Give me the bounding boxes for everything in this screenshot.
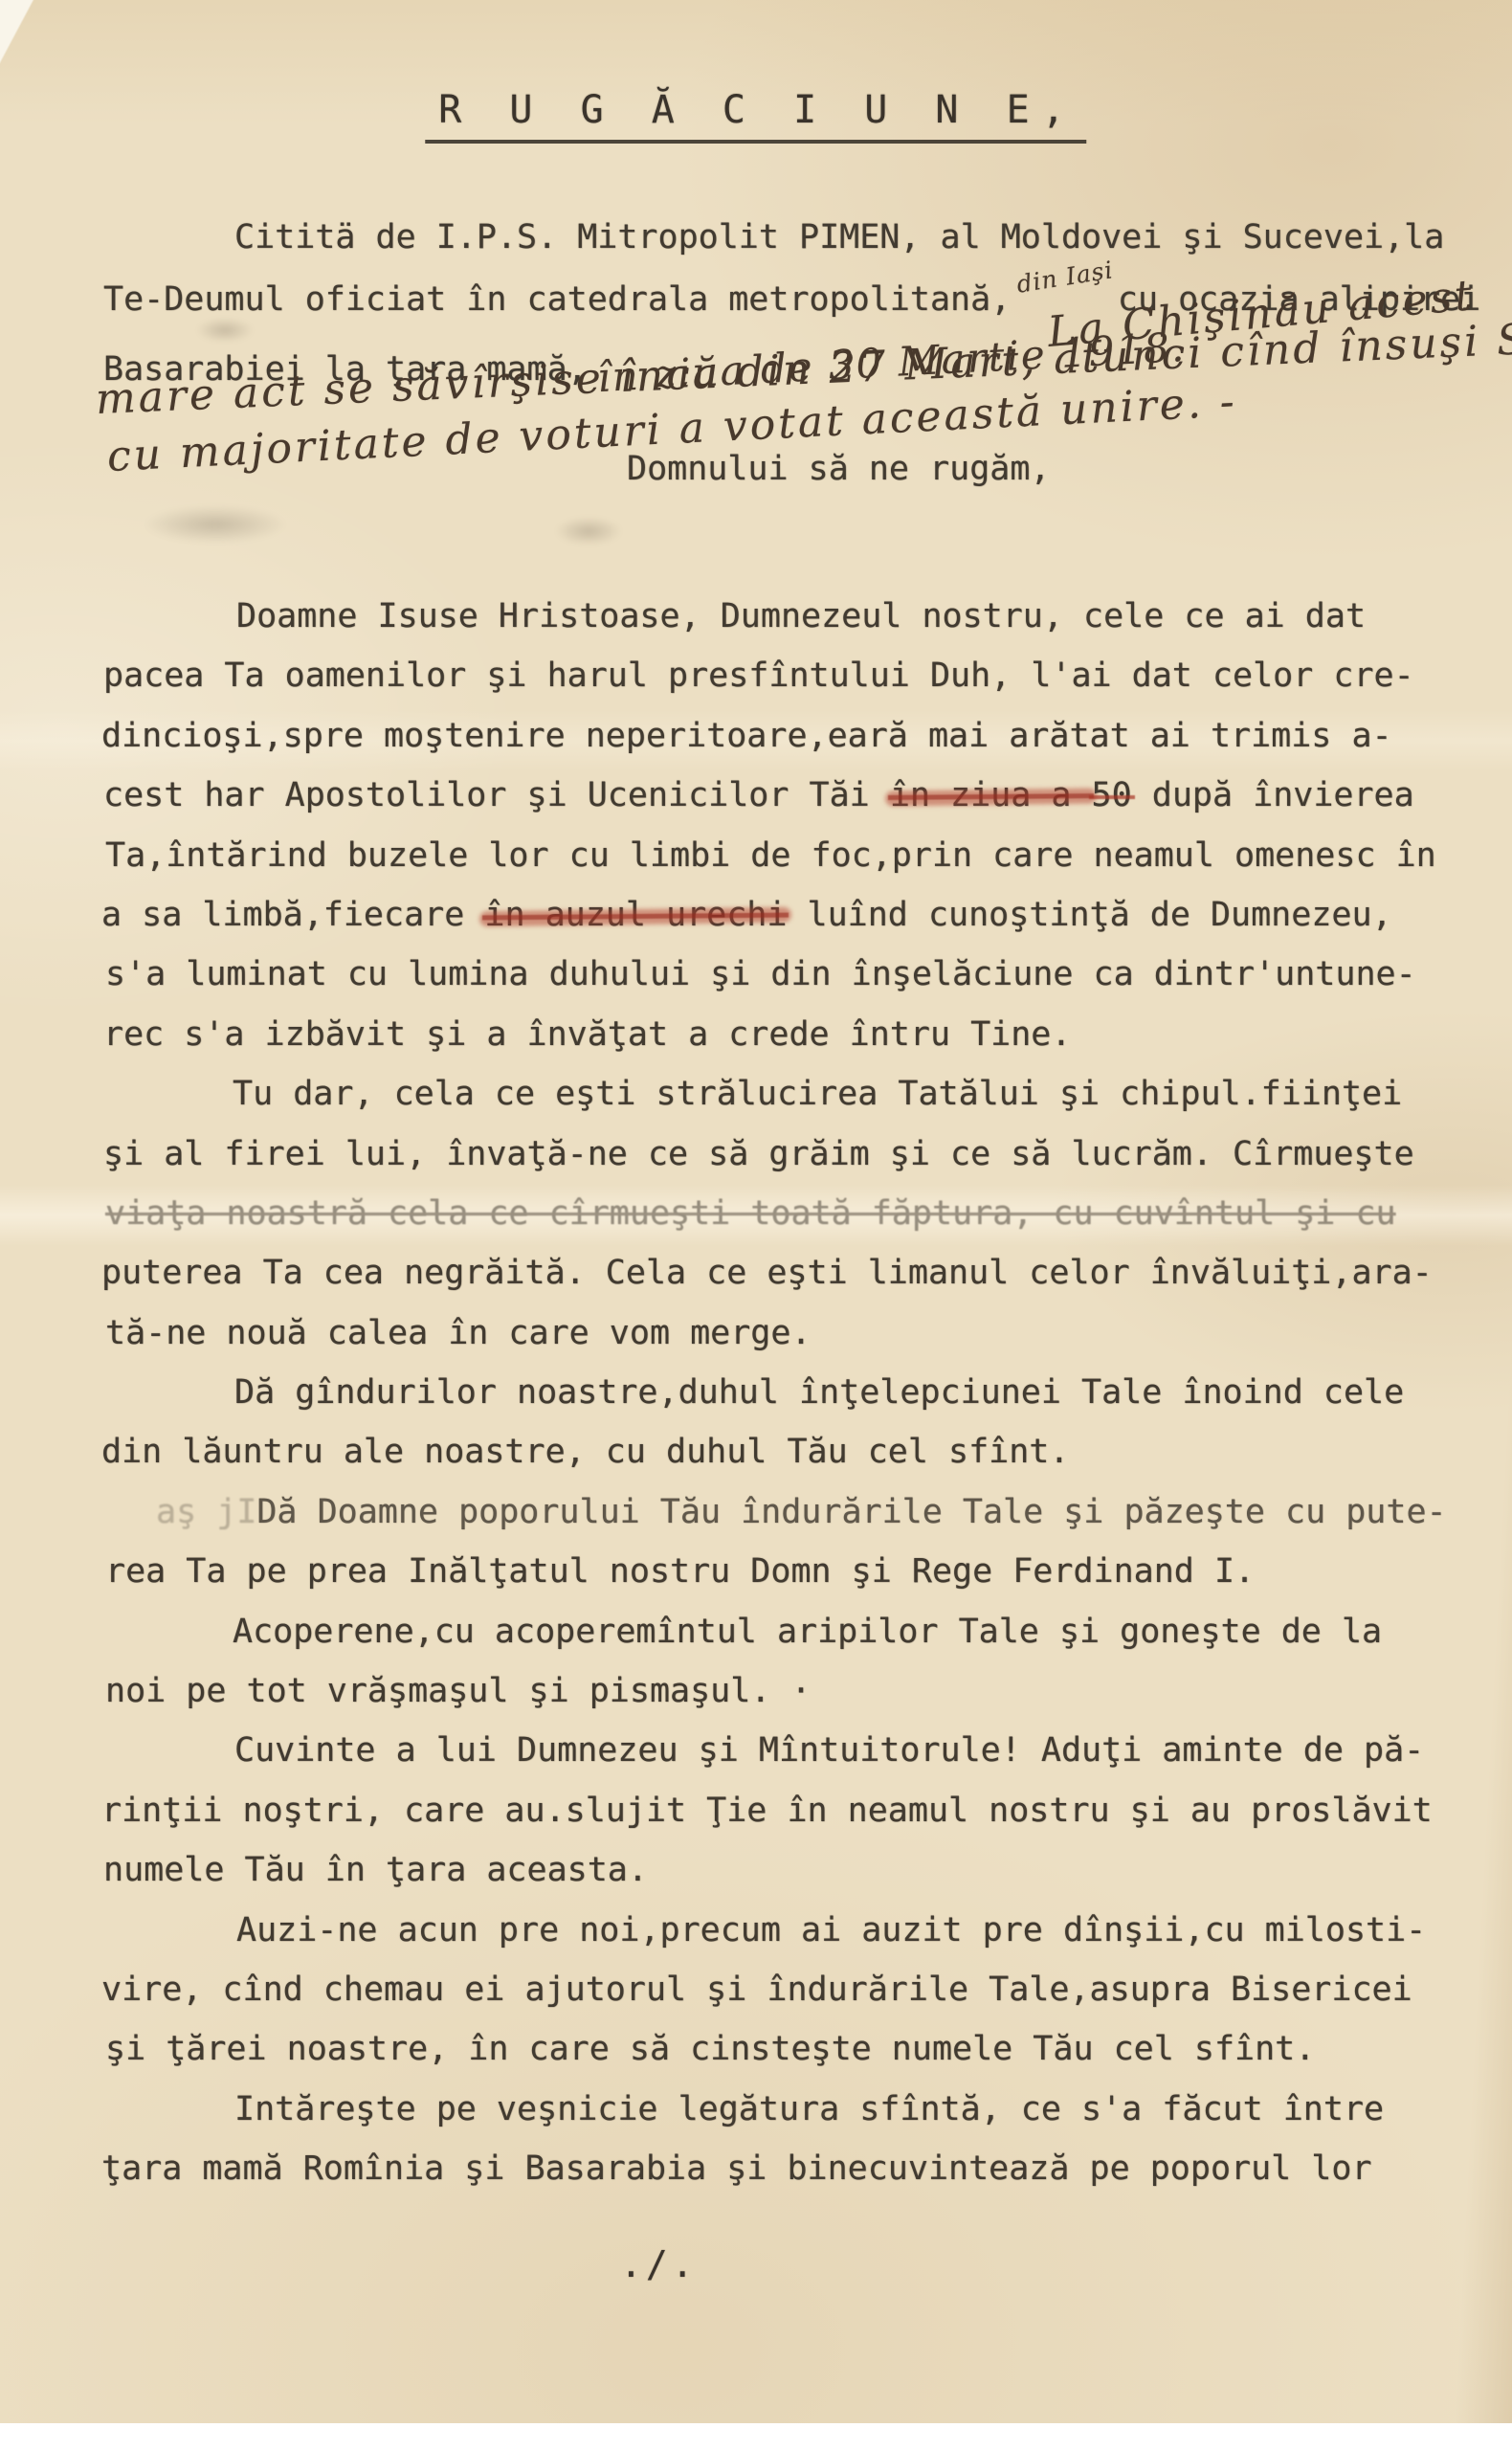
typed-text: Intăreşte pe veşnicie legătura sfîntă, c… xyxy=(234,2090,1384,2128)
body-line: puterea Ta cea negrăită. Cela ce eşti li… xyxy=(101,1243,1460,1303)
typed-text: rea Ta pe prea Inălţatul nostru Domn şi … xyxy=(105,1552,1255,1591)
body-line: Doamne Isuse Hristoase, Dumnezeul nostru… xyxy=(105,587,1464,646)
typed-text: dincioşi,spre moştenire neperitoare,eară… xyxy=(101,717,1392,755)
body-line: dincioşi,spre moştenire neperitoare,eară… xyxy=(101,706,1460,766)
body-line: noi pe tot vrăşmaşul şi pismaşul. · xyxy=(105,1661,1464,1721)
typed-text: tă-ne nouă calea în care vom merge. xyxy=(105,1314,812,1352)
typed-text: luînd cunoştinţă de Dumnezeu, xyxy=(787,896,1391,934)
typed-text: Ta,întărind buzele lor cu limbi de foc,p… xyxy=(105,836,1436,875)
typed-text: puterea Ta cea negrăită. Cela ce eşti li… xyxy=(101,1254,1433,1292)
page-continuation-mark: ./. xyxy=(620,2243,698,2285)
call-to-prayer: Domnului să ne rugăm, xyxy=(627,450,1051,488)
typed-text: noi pe tot vrăşmaşul şi pismaşul. · xyxy=(105,1672,812,1710)
typed-text: după învierea xyxy=(1132,776,1414,814)
body-line: tă-ne nouă calea în care vom merge. xyxy=(105,1303,1464,1363)
body-line: din lăuntru ale noastre, cu duhul Tău ce… xyxy=(101,1422,1460,1481)
paper-corner-fold xyxy=(0,0,105,182)
typed-text: din lăuntru ale noastre, cu duhul Tău ce… xyxy=(101,1433,1069,1471)
typed-text: cest har Apostolilor şi Ucenicilor Tăi xyxy=(103,776,890,814)
body-line: cest har Apostolilor şi Ucenicilor Tăi î… xyxy=(103,766,1462,825)
body-line: rinţii noştri, care au.slujit Ţie în nea… xyxy=(101,1781,1460,1840)
typed-text: rec s'a izbăvit şi a învăţat a crede înt… xyxy=(103,1015,1071,1054)
body-line: numele Tău în ţara aceasta. xyxy=(103,1840,1462,1900)
body-line: Cuvinte a lui Dumnezeu şi Mîntuitorule! … xyxy=(103,1721,1462,1780)
typed-text: Cuvinte a lui Dumnezeu şi Mîntuitorule! … xyxy=(234,1731,1424,1770)
typed-text: Dă Doamne poporului Tău îndurările Tale … xyxy=(256,1493,1446,1531)
body-line: aş jIDă Doamne poporului Tău îndurările … xyxy=(103,1482,1462,1542)
typed-text: vire, cînd chemau ei ajutorul şi îndurăr… xyxy=(101,1971,1412,2009)
document-page: R U G Ă C I U N E, Cititä de I.P.S. Mitr… xyxy=(0,0,1512,2450)
intro-line-2-typed: Te-Deumul oficiat în catedrala metropoli… xyxy=(103,280,1011,319)
ink-smudge xyxy=(144,505,287,544)
body-line: rec s'a izbăvit şi a învăţat a crede înt… xyxy=(103,1005,1462,1064)
body-line: Auzi-ne acun pre noi,precum ai auzit pre… xyxy=(105,1901,1464,1960)
red-line-text: 50 xyxy=(1092,776,1132,814)
body-line: Dă gîndurilor noastre,duhul înţelepciune… xyxy=(103,1363,1462,1422)
body-line: viaţa noastră cela ce cîrmueşti toată fă… xyxy=(105,1184,1464,1243)
body-line: şi ţărei noastre, în care să cinsteşte n… xyxy=(105,2019,1464,2079)
body-line: vire, cînd chemau ei ajutorul şi îndurăr… xyxy=(101,1960,1460,2019)
document-title: R U G Ă C I U N E, xyxy=(425,88,1086,144)
typed-text: şi ţărei noastre, în care să cinsteşte n… xyxy=(105,2030,1315,2068)
typed-text: Tu dar, cela ce eşti strălucirea Tatălui… xyxy=(233,1075,1402,1113)
typed-text: a sa limbă,fiecare xyxy=(101,896,484,934)
body-lines: Doamne Isuse Hristoase, Dumnezeul nostru… xyxy=(103,587,1462,2199)
body-line: s'a luminat cu lumina duhului şi din înş… xyxy=(105,945,1464,1004)
red-smear-text: în auzul urechi xyxy=(484,896,787,934)
ghost-text: aş jI xyxy=(156,1493,256,1531)
body-line: a sa limbă,fiecare în auzul urechi luînd… xyxy=(101,885,1460,945)
typed-text: Acoperene,cu acoperemîntul aripilor Tale… xyxy=(233,1613,1382,1651)
body-line: rea Ta pe prea Inălţatul nostru Domn şi … xyxy=(105,1542,1464,1601)
typed-text: ţara mamă Romînia şi Basarabia şi binecu… xyxy=(101,2149,1372,2188)
ink-smudge xyxy=(555,517,622,546)
typed-text: numele Tău în ţara aceasta. xyxy=(103,1851,648,1889)
typed-text: Auzi-ne acun pre noi,precum ai auzit pre… xyxy=(236,1911,1426,1949)
typed-text: Dă gîndurilor noastre,duhul înţelepciune… xyxy=(234,1373,1404,1412)
typed-text: s'a luminat cu lumina duhului şi din înş… xyxy=(105,955,1416,993)
body-line: Ta,întărind buzele lor cu limbi de foc,p… xyxy=(105,826,1464,885)
body-line: pacea Ta oamenilor şi harul presfîntului… xyxy=(103,646,1462,705)
typed-text: rinţii noştri, care au.slujit Ţie în nea… xyxy=(101,1792,1433,1830)
body-line: Tu dar, cela ce eşti strălucirea Tatălui… xyxy=(101,1064,1460,1124)
ink-smudge xyxy=(196,318,254,343)
body-line: ţara mamă Romînia şi Basarabia şi binecu… xyxy=(101,2139,1460,2198)
body-line: şi al firei lui, învaţă-ne ce să grăim ş… xyxy=(103,1125,1462,1184)
handwritten-insert-din-iasi: din Iaşi xyxy=(1015,256,1116,299)
typed-text: Doamne Isuse Hristoase, Dumnezeul nostru… xyxy=(236,597,1366,635)
red-smear-text: în ziua a xyxy=(890,776,1092,814)
intro-line-1: Cititä de I.P.S. Mitropolit PIMEN, al Mo… xyxy=(234,218,1444,256)
body-line: Intăreşte pe veşnicie legătura sfîntă, c… xyxy=(103,2080,1462,2139)
pencil-text: viaţa noastră cela ce cîrmueşti toată fă… xyxy=(105,1194,1396,1233)
body-line: Acoperene,cu acoperemîntul aripilor Tale… xyxy=(101,1602,1460,1661)
typed-text: şi al firei lui, învaţă-ne ce să grăim ş… xyxy=(103,1135,1414,1173)
paper-scan: R U G Ă C I U N E, Cititä de I.P.S. Mitr… xyxy=(0,0,1512,2423)
typed-text: pacea Ta oamenilor şi harul presfîntului… xyxy=(103,657,1414,695)
